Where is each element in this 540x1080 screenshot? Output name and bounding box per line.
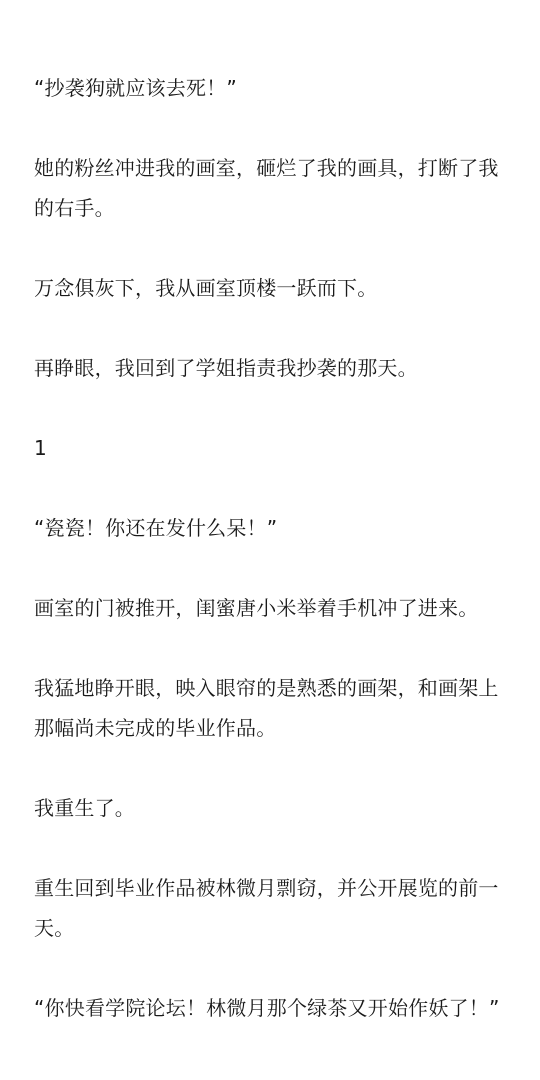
paragraph: 再睁眼，我回到了学姐指责我抄袭的那天。 [34, 348, 508, 388]
article-body: “抄袭狗就应该去死！” 她的粉丝冲进我的画室，砸烂了我的画具，打断了我的右手。 … [34, 68, 508, 1068]
paragraph: 画室的门被推开，闺蜜唐小米举着手机冲了进来。 [34, 588, 508, 628]
paragraph: 万念俱灰下，我从画室顶楼一跃而下。 [34, 268, 508, 308]
paragraph-dialogue: “瓷瓷！你还在发什么呆！” [34, 508, 508, 548]
paragraph: 我猛地睁开眼，映入眼帘的是熟悉的画架，和画架上那幅尚未完成的毕业作品。 [34, 668, 508, 748]
paragraph: 她的粉丝冲进我的画室，砸烂了我的画具，打断了我的右手。 [34, 148, 508, 228]
paragraph: 重生回到毕业作品被林微月剽窃，并公开展览的前一天。 [34, 868, 508, 948]
paragraph: 我重生了。 [34, 788, 508, 828]
paragraph-opening-quote: “抄袭狗就应该去死！” [34, 68, 508, 108]
chapter-number: 1 [34, 428, 508, 468]
paragraph-dialogue: “你快看学院论坛！林微月那个绿茶又开始作妖了！” [34, 988, 508, 1028]
